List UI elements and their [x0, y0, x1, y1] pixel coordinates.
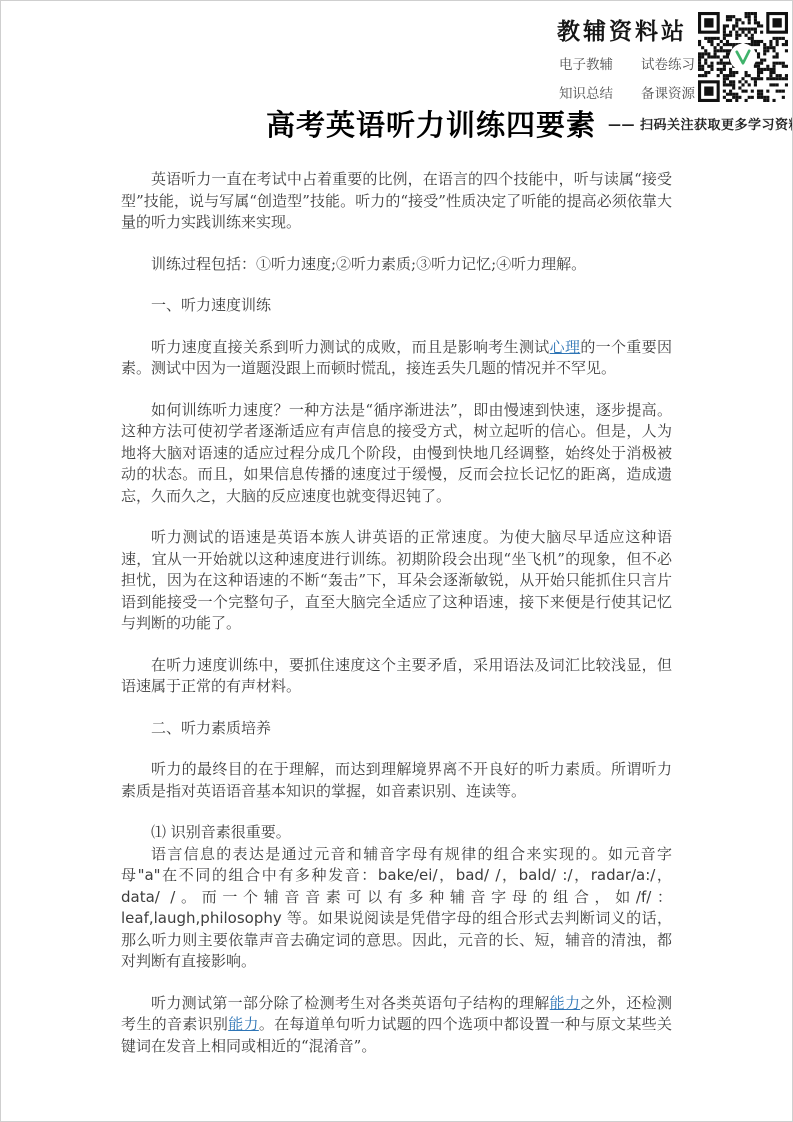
- document-body: 英语听力一直在考试中占着重要的比例，在语言的四个技能中，听与读属“接受型”技能，…: [1, 144, 792, 1057]
- english-text: radar/a:/: [591, 866, 656, 884]
- paragraph: 英语听力一直在考试中占着重要的比例，在语言的四个技能中，听与读属“接受型”技能，…: [121, 169, 672, 234]
- paragraph: 在听力速度训练中，要抓住速度这个主要矛盾，采用语法及词汇比较浅显，但语速属于正常…: [121, 655, 672, 698]
- service-label: 知识总结: [559, 82, 613, 102]
- english-text: "a": [138, 866, 161, 884]
- inline-link[interactable]: 心理: [550, 338, 581, 356]
- english-text: leaf,laugh,philosophy: [121, 909, 282, 927]
- paragraph: 如何训练听力速度？一种方法是“循序渐进法”，即由慢速到快速，逐步提高。这种方法可…: [121, 400, 672, 508]
- section-heading: 二、听力素质培养: [121, 718, 672, 740]
- paragraph: 听力测试第一部分除了检测考生对各类英语句子结构的理解能力之外，还检测考生的音素识…: [121, 993, 672, 1058]
- qr-caption: —— 扫码关注获取更多学习资料 ——: [608, 114, 793, 133]
- brand-services: 电子教辅试卷练习知识总结备课资源: [559, 53, 695, 102]
- section-heading: 一、听力速度训练: [121, 295, 672, 317]
- title-row: 高考英语听力训练四要素 —— 扫码关注获取更多学习资料 ——: [266, 103, 792, 144]
- service-label: 电子教辅: [559, 53, 613, 73]
- qr-code-icon: [698, 12, 788, 102]
- paragraph: 听力的最终目的在于理解，而达到理解境界离不开良好的听力素质。所谓听力素质是指对英…: [121, 759, 672, 802]
- sub-heading: ⑴ 识别音素很重要。: [121, 822, 672, 844]
- inline-link[interactable]: 能力: [228, 1015, 259, 1033]
- page-title: 高考英语听力训练四要素: [266, 103, 596, 144]
- page-header: 教辅资料站 电子教辅试卷练习知识总结备课资源: [1, 1, 792, 101]
- inline-link[interactable]: 能力: [550, 994, 581, 1012]
- paragraph: 训练过程包括：①听力速度;②听力素质;③听力记忆;④听力理解。: [121, 254, 672, 276]
- paragraph: 语言信息的表达是通过元音和辅音字母有规律的组合来实现的。如元音字母"a"在不同的…: [121, 844, 672, 973]
- service-label: 试卷练习: [641, 53, 695, 73]
- paragraph: 听力速度直接关系到听力测试的成败，而且是影响考生测试心理的一个重要因素。测试中因…: [121, 337, 672, 380]
- brand-logo: 教辅资料站: [557, 13, 687, 46]
- english-text: bald/ :/: [519, 866, 573, 884]
- english-text: bake/ei/: [378, 866, 438, 884]
- service-label: 备课资源: [641, 82, 695, 102]
- english-text: bad/ /: [456, 866, 501, 884]
- document-page: 教辅资料站 电子教辅试卷练习知识总结备课资源 高考英语听力训练四要素 —— 扫码…: [0, 0, 793, 1122]
- paragraph: 听力测试的语速是英语本族人讲英语的正常速度。为使大脑尽早适应这种语速，宜从一开始…: [121, 527, 672, 635]
- english-text: /f/: [636, 888, 651, 906]
- english-text: data/ /: [121, 888, 175, 906]
